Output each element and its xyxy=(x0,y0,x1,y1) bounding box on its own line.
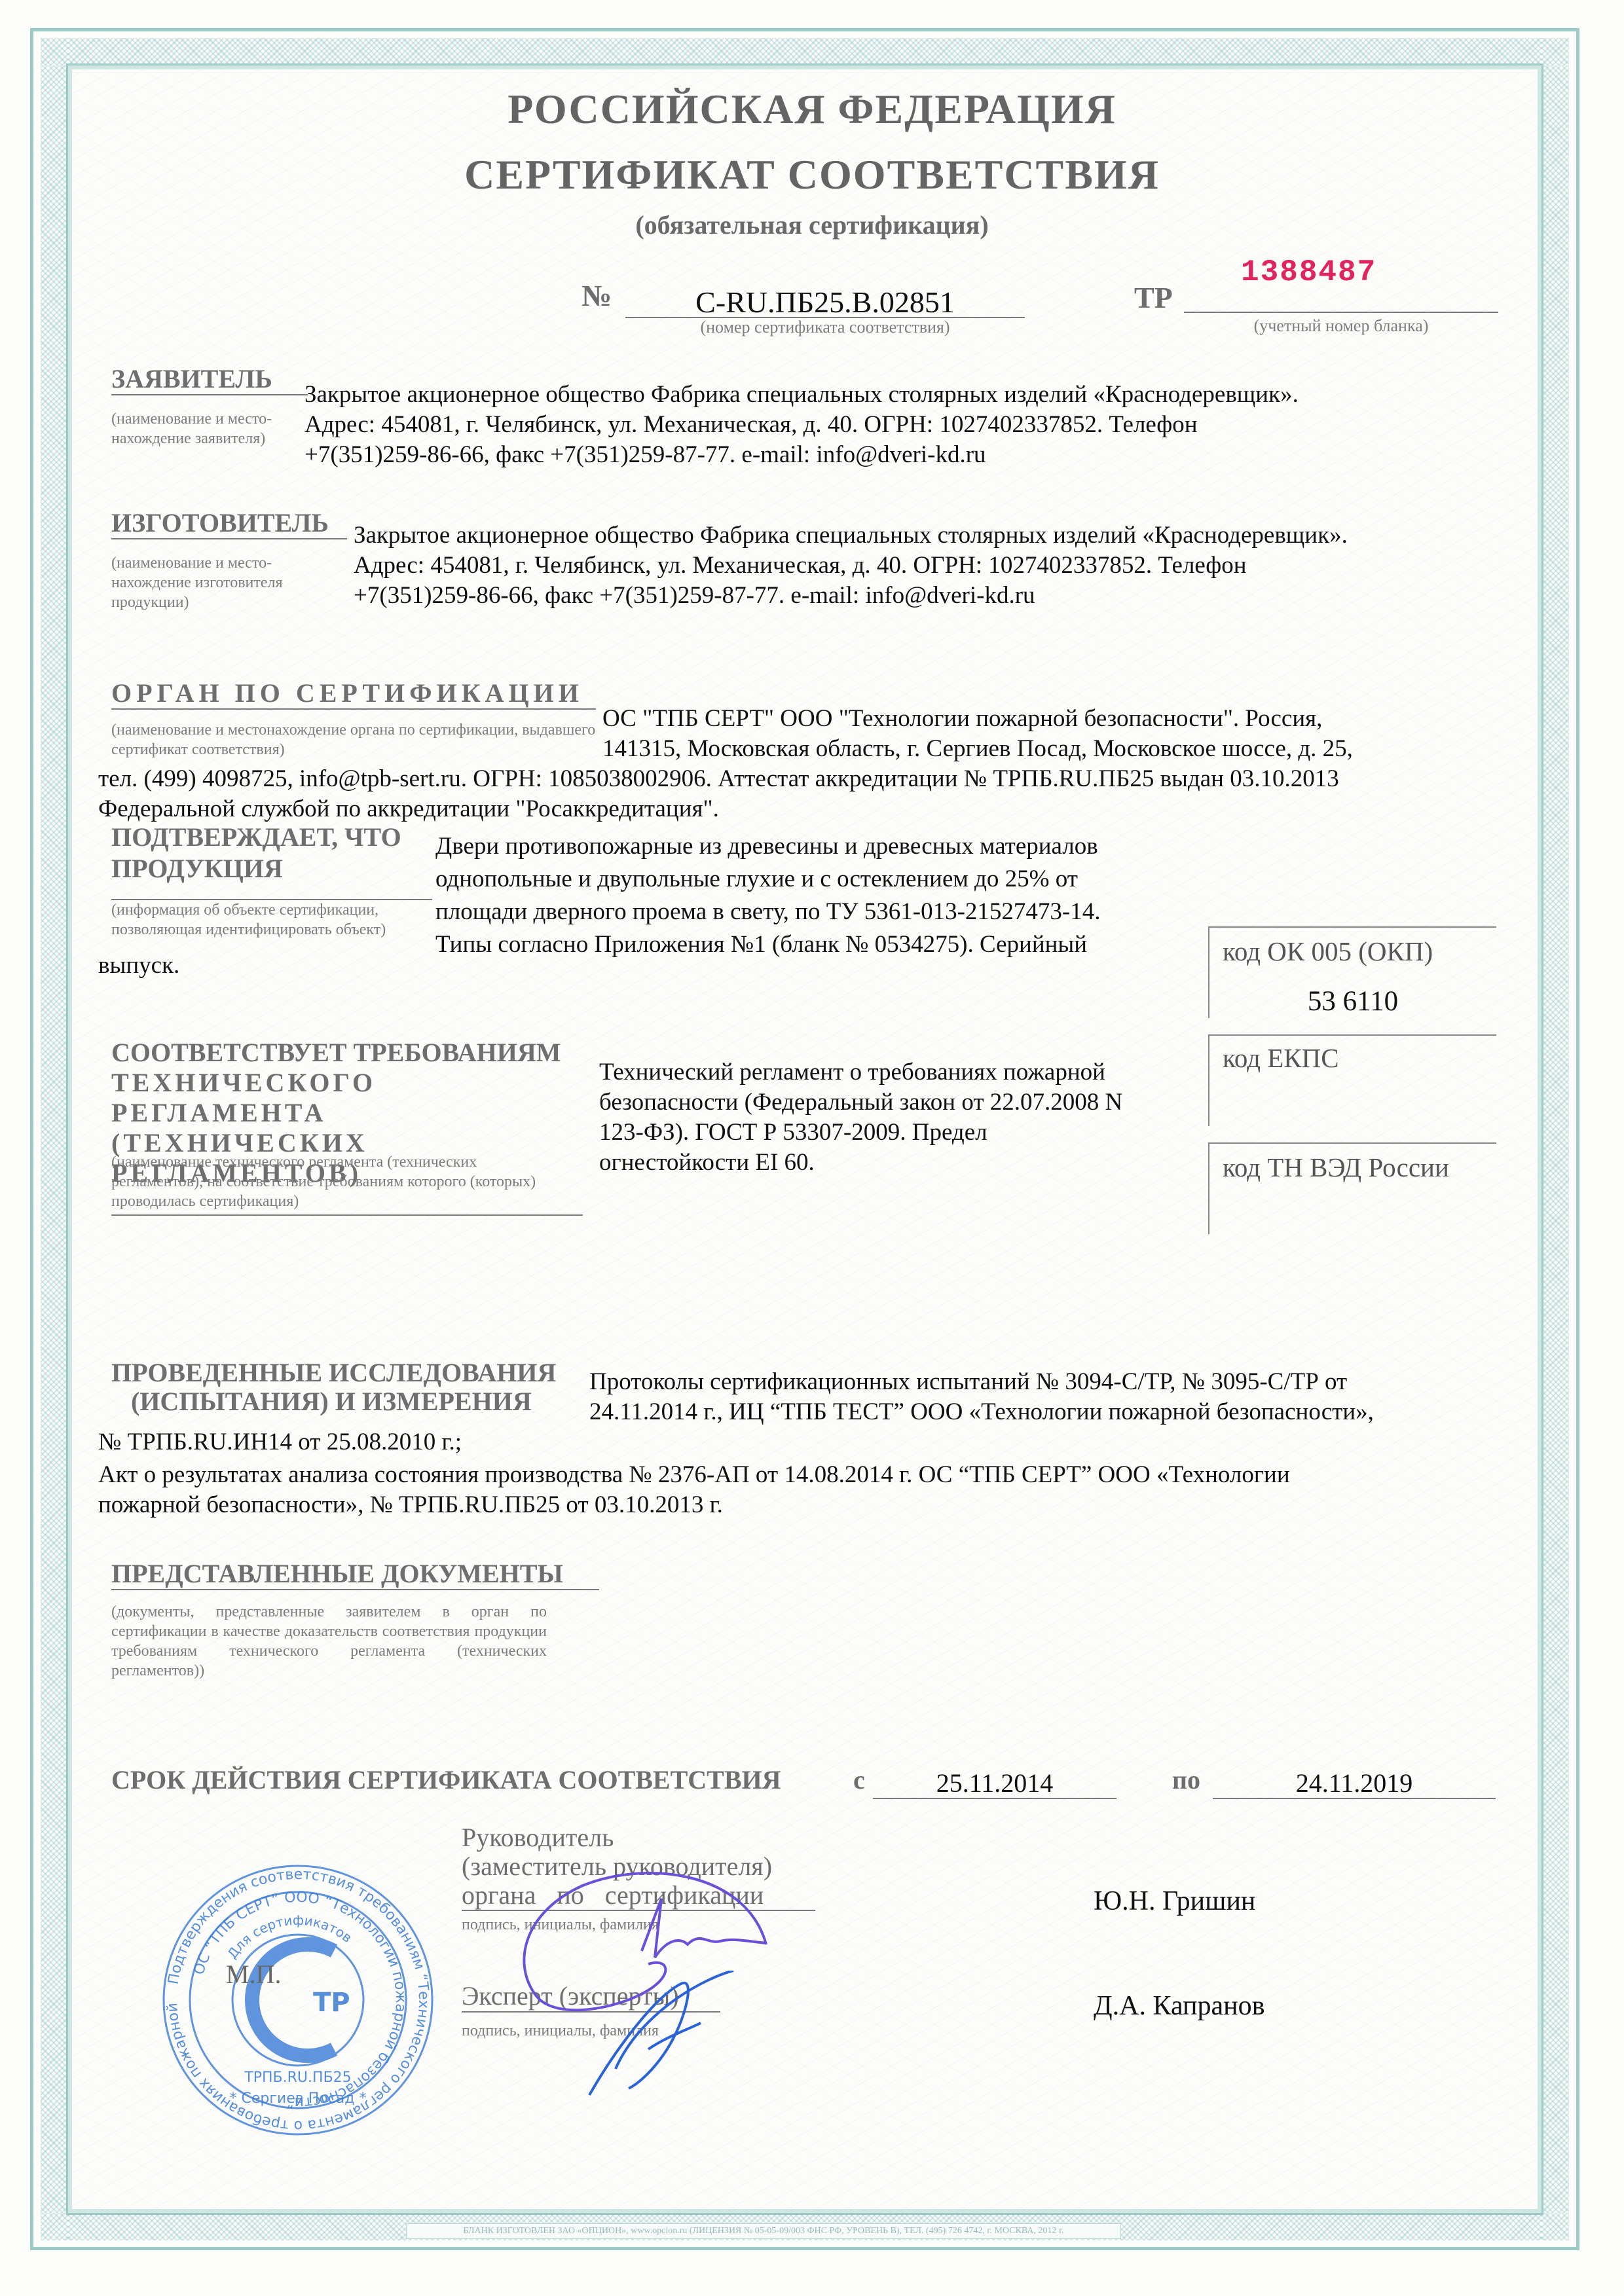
tr-label: ТР xyxy=(1134,280,1173,315)
expert-signature-icon xyxy=(576,1971,747,2102)
cert-body-caption: (наименование и местонахождение органа п… xyxy=(111,720,596,759)
svg-text:ТР: ТР xyxy=(313,1988,350,2018)
applicant-info: Закрытое акционерное общество Фабрика сп… xyxy=(304,380,1516,470)
country-title: РОССИЙСКАЯ ФЕДЕРАЦИЯ xyxy=(0,85,1624,134)
applicant-caption: (наименование и место-нахождение заявите… xyxy=(111,409,308,448)
applicant-heading: ЗАЯВИТЕЛЬ xyxy=(111,363,308,395)
certification-seal-icon: Подтверждения соответствия требованиям “… xyxy=(157,1859,439,2141)
product-info: Двери противопожарные из древесины и дре… xyxy=(435,830,1208,961)
manufacturer-caption: (наименование и место-нахождение изготов… xyxy=(111,553,331,612)
code-okp-box: код ОК 005 (ОКП) 53 6110 xyxy=(1208,926,1496,1018)
number-sign: № xyxy=(581,278,612,313)
svg-text:* Сергиев Посад *: * Сергиев Посад * xyxy=(230,2090,367,2107)
seal-label: М.П. xyxy=(226,1959,281,1990)
validity-from-date: 25.11.2014 xyxy=(873,1769,1116,1799)
head-signatory-name: Ю.Н. Гришин xyxy=(1094,1886,1255,1917)
svg-text:ТРПБ.RU.ПБ25: ТРПБ.RU.ПБ25 xyxy=(244,2069,351,2086)
validity-heading: СРОК ДЕЙСТВИЯ СЕРТИФИКАТА СООТВЕТСТВИЯ xyxy=(111,1764,781,1795)
manufacturer-heading: ИЗГОТОВИТЕЛЬ xyxy=(111,507,347,539)
code-tnved-box: код ТН ВЭД России xyxy=(1208,1142,1496,1234)
certificate-number-caption: (номер сертификата соответствия) xyxy=(625,318,1025,337)
blank-number-caption: (учетный номер бланка) xyxy=(1184,316,1498,336)
validity-from-label: с xyxy=(853,1764,865,1795)
documents-caption: (документы, представленные заявителем в … xyxy=(111,1602,547,1681)
expert-name: Д.А. Капранов xyxy=(1094,1990,1264,2022)
product-caption: (информация об объекте сертификации, поз… xyxy=(111,900,435,939)
cert-body-heading: ОРГАН ПО СЕРТИФИКАЦИИ xyxy=(111,678,596,710)
blank-number: 1388487 xyxy=(1241,255,1376,289)
validity-to-label: по xyxy=(1172,1764,1200,1795)
code-ekps-box: код ЕКПС xyxy=(1208,1034,1496,1126)
regulations-info: Технический регламент о требованиях пожа… xyxy=(599,1057,1208,1178)
product-heading: ПОДТВЕРЖДАЕТ, ЧТО ПРОДУКЦИЯ xyxy=(111,822,432,900)
code-tnved-label: код ТН ВЭД России xyxy=(1209,1144,1496,1183)
tests-heading: ПРОВЕДЕННЫЕ ИССЛЕДОВАНИЯ (ИСПЫТАНИЯ) И И… xyxy=(111,1358,583,1416)
printer-imprint: БЛАНК ИЗГОТОВЛЕН ЗАО «ОПЦИОН», www.opcio… xyxy=(406,2223,1121,2239)
manufacturer-info: Закрытое акционерное общество Фабрика сп… xyxy=(354,520,1532,611)
validity-to-date: 24.11.2019 xyxy=(1213,1769,1496,1799)
certificate-number: C-RU.ПБ25.B.02851 xyxy=(625,288,1025,318)
cert-body-info-top: ОС "ТПБ СЕРТ" ООО "Технологии пожарной б… xyxy=(602,704,1519,764)
tests-info-bottom: № ТРПБ.RU.ИН14 от 25.08.2010 г.; Акт о р… xyxy=(98,1427,1539,1520)
blank-number-line xyxy=(1184,288,1498,313)
document-title: СЕРТИФИКАТ СООТВЕТСТВИЯ xyxy=(0,151,1624,199)
tests-info-top: Протоколы сертификационных испытаний № 3… xyxy=(589,1367,1539,1427)
documents-heading: ПРЕДСТАВЛЕННЫЕ ДОКУМЕНТЫ xyxy=(111,1558,599,1590)
cert-body-info-bottom: тел. (499) 4098725, info@tpb-sert.ru. ОГ… xyxy=(98,764,1539,824)
code-okp-label: код ОК 005 (ОКП) xyxy=(1209,928,1496,967)
code-ekps-label: код ЕКПС xyxy=(1209,1036,1496,1074)
document-subtitle: (обязательная сертификация) xyxy=(0,210,1624,240)
code-okp-value: 53 6110 xyxy=(1209,985,1496,1017)
regulations-caption: (наименование технического регламента (т… xyxy=(111,1152,563,1211)
product-info-tail: выпуск. xyxy=(98,951,179,981)
